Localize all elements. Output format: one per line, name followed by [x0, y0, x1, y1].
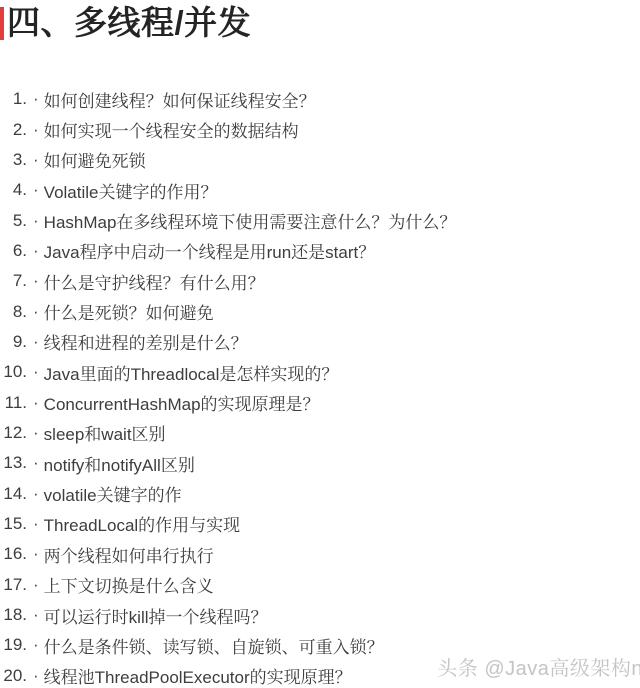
list-item: 5. · HashMap在多线程环境下使用需要注意什么？为什么？: [0, 205, 640, 235]
list-item: 15. · ThreadLocal的作用与实现: [0, 509, 640, 539]
item-number: 14.: [0, 484, 27, 504]
item-number: 12.: [0, 423, 27, 443]
bullet-dot: ·: [33, 666, 39, 686]
question-list: 1. · 如何创建线程？如何保证线程安全？ 2. · 如何实现一个线程安全的数据…: [0, 84, 640, 688]
list-item: 13. · notify和notifyAll区别: [0, 448, 640, 478]
list-item: 8. · 什么是死锁？如何避免: [0, 296, 640, 326]
list-item: 7. · 什么是守护线程？有什么用？: [0, 266, 640, 296]
bullet-dot: ·: [33, 120, 39, 140]
item-text: Java程序中启动一个线程是用run还是start？: [44, 238, 376, 263]
bullet-dot: ·: [33, 423, 39, 443]
item-number: 6.: [0, 241, 27, 261]
item-text: 如何避免死锁: [44, 147, 146, 172]
item-number: 7.: [0, 271, 27, 291]
item-number: 18.: [0, 605, 27, 625]
list-item: 2. · 如何实现一个线程安全的数据结构: [0, 114, 640, 144]
bullet-dot: ·: [33, 271, 39, 291]
item-number: 19.: [0, 635, 27, 655]
item-text: 什么是守护线程？有什么用？: [44, 269, 265, 294]
bullet-dot: ·: [33, 605, 39, 625]
item-text: HashMap在多线程环境下使用需要注意什么？为什么？: [44, 208, 457, 233]
item-number: 20.: [0, 666, 27, 686]
item-text: 线程池ThreadPoolExecutor的实现原理？: [44, 663, 352, 688]
item-text: 什么是条件锁、读写锁、自旋锁、可重入锁？: [44, 633, 384, 658]
list-item: 12. · sleep和wait区别: [0, 418, 640, 448]
section-title: 四、多线程/并发: [7, 0, 251, 46]
bullet-dot: ·: [33, 514, 39, 534]
item-text: volatile关键字的作: [44, 481, 182, 506]
item-text: Java里面的Threadlocal是怎样实现的？: [44, 360, 339, 385]
bullet-dot: ·: [33, 635, 39, 655]
item-text: 如何实现一个线程安全的数据结构: [44, 117, 299, 142]
bullet-dot: ·: [33, 241, 39, 261]
bullet-dot: ·: [33, 393, 39, 413]
item-text: Volatile关键字的作用？: [44, 178, 218, 203]
list-item: 4. · Volatile关键字的作用？: [0, 175, 640, 205]
list-item: 1. · 如何创建线程？如何保证线程安全？: [0, 84, 640, 114]
item-text: notify和notifyAll区别: [44, 451, 195, 476]
bullet-dot: ·: [33, 180, 39, 200]
item-number: 8.: [0, 302, 27, 322]
title-accent-bar: [0, 7, 4, 40]
item-text: ThreadLocal的作用与实现: [44, 511, 241, 536]
item-number: 17.: [0, 575, 27, 595]
item-number: 9.: [0, 332, 27, 352]
bullet-dot: ·: [33, 484, 39, 504]
item-number: 15.: [0, 514, 27, 534]
item-text: 可以运行时kill掉一个线程吗？: [44, 603, 268, 628]
item-text: 如何创建线程？如何保证线程安全？: [44, 87, 316, 112]
list-item: 11. · ConcurrentHashMap的实现原理是？: [0, 387, 640, 417]
list-item: 6. · Java程序中启动一个线程是用run还是start？: [0, 236, 640, 266]
bullet-dot: ·: [33, 211, 39, 231]
list-item: 3. · 如何避免死锁: [0, 145, 640, 175]
section-header: 四、多线程/并发: [0, 0, 251, 46]
bullet-dot: ·: [33, 453, 39, 473]
watermark: 头条 @Java高级架构n: [437, 652, 640, 681]
bullet-dot: ·: [33, 89, 39, 109]
list-item: 16. · 两个线程如何串行执行: [0, 539, 640, 569]
bullet-dot: ·: [33, 150, 39, 170]
item-text: 两个线程如何串行执行: [44, 542, 214, 567]
item-number: 13.: [0, 453, 27, 473]
item-number: 3.: [0, 150, 27, 170]
item-text: ConcurrentHashMap的实现原理是？: [44, 390, 320, 415]
list-item: 10. · Java里面的Threadlocal是怎样实现的？: [0, 357, 640, 387]
bullet-dot: ·: [33, 544, 39, 564]
bullet-dot: ·: [33, 302, 39, 322]
bullet-dot: ·: [33, 362, 39, 382]
item-number: 1.: [0, 89, 27, 109]
list-item: 9. · 线程和进程的差别是什么？: [0, 327, 640, 357]
list-item: 18. · 可以运行时kill掉一个线程吗？: [0, 600, 640, 630]
bullet-dot: ·: [33, 332, 39, 352]
bullet-dot: ·: [33, 575, 39, 595]
list-item: 17. · 上下文切换是什么含义: [0, 570, 640, 600]
item-text: 什么是死锁？如何避免: [44, 299, 214, 324]
item-text: 线程和进程的差别是什么？: [44, 329, 248, 354]
item-text: 上下文切换是什么含义: [44, 572, 214, 597]
item-number: 4.: [0, 180, 27, 200]
item-number: 10.: [0, 362, 27, 382]
item-number: 11.: [0, 393, 27, 413]
item-number: 5.: [0, 211, 27, 231]
item-number: 16.: [0, 544, 27, 564]
item-text: sleep和wait区别: [44, 420, 166, 445]
item-number: 2.: [0, 120, 27, 140]
list-item: 14. · volatile关键字的作: [0, 478, 640, 508]
